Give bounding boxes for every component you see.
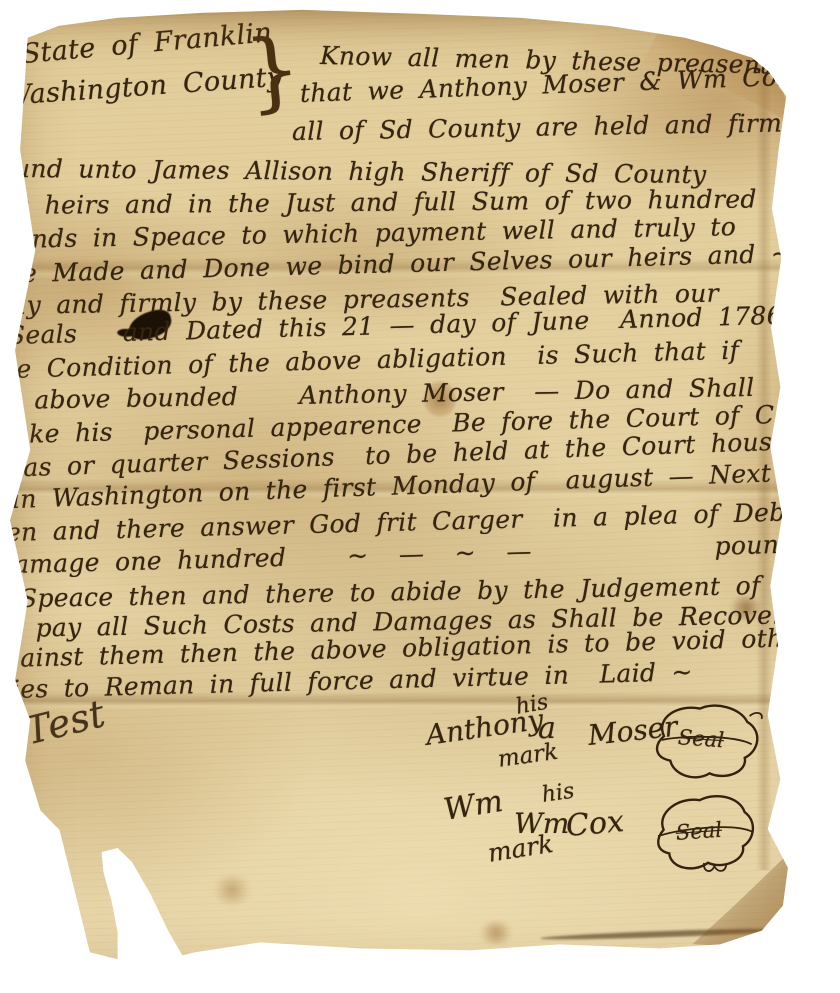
seal-icon: Seal [645, 695, 768, 785]
first-name: Wm [441, 784, 505, 828]
his-word: his [540, 779, 576, 808]
scanner-background: State of Franklin Washington County } Kn… [0, 0, 840, 993]
fold-crease [540, 927, 790, 942]
surname: Cox [564, 804, 625, 844]
manuscript-paper: State of Franklin Washington County } Kn… [0, 0, 840, 993]
seal-label: Seal [677, 725, 725, 752]
mark-word: mark [496, 739, 559, 773]
manuscript-line: all of Sd County are held and firmly [292, 109, 805, 145]
signature-anthony-moser: his Anthony a Moser mark Seal [420, 695, 790, 783]
seal-icon: Seal [643, 787, 766, 877]
header-brace: } [242, 28, 305, 115]
signature-wm-cox: Wm his Wm Cox mark Seal [430, 783, 780, 883]
county-line: Washington County [3, 63, 283, 112]
mark-word: mark [486, 829, 555, 868]
stain [476, 922, 516, 944]
state-line: State of Franklin [21, 18, 274, 69]
seal-label: Seal [675, 818, 723, 845]
manuscript-line: und unto James Allison high Sheriff of S… [14, 155, 707, 189]
stain [210, 876, 254, 904]
